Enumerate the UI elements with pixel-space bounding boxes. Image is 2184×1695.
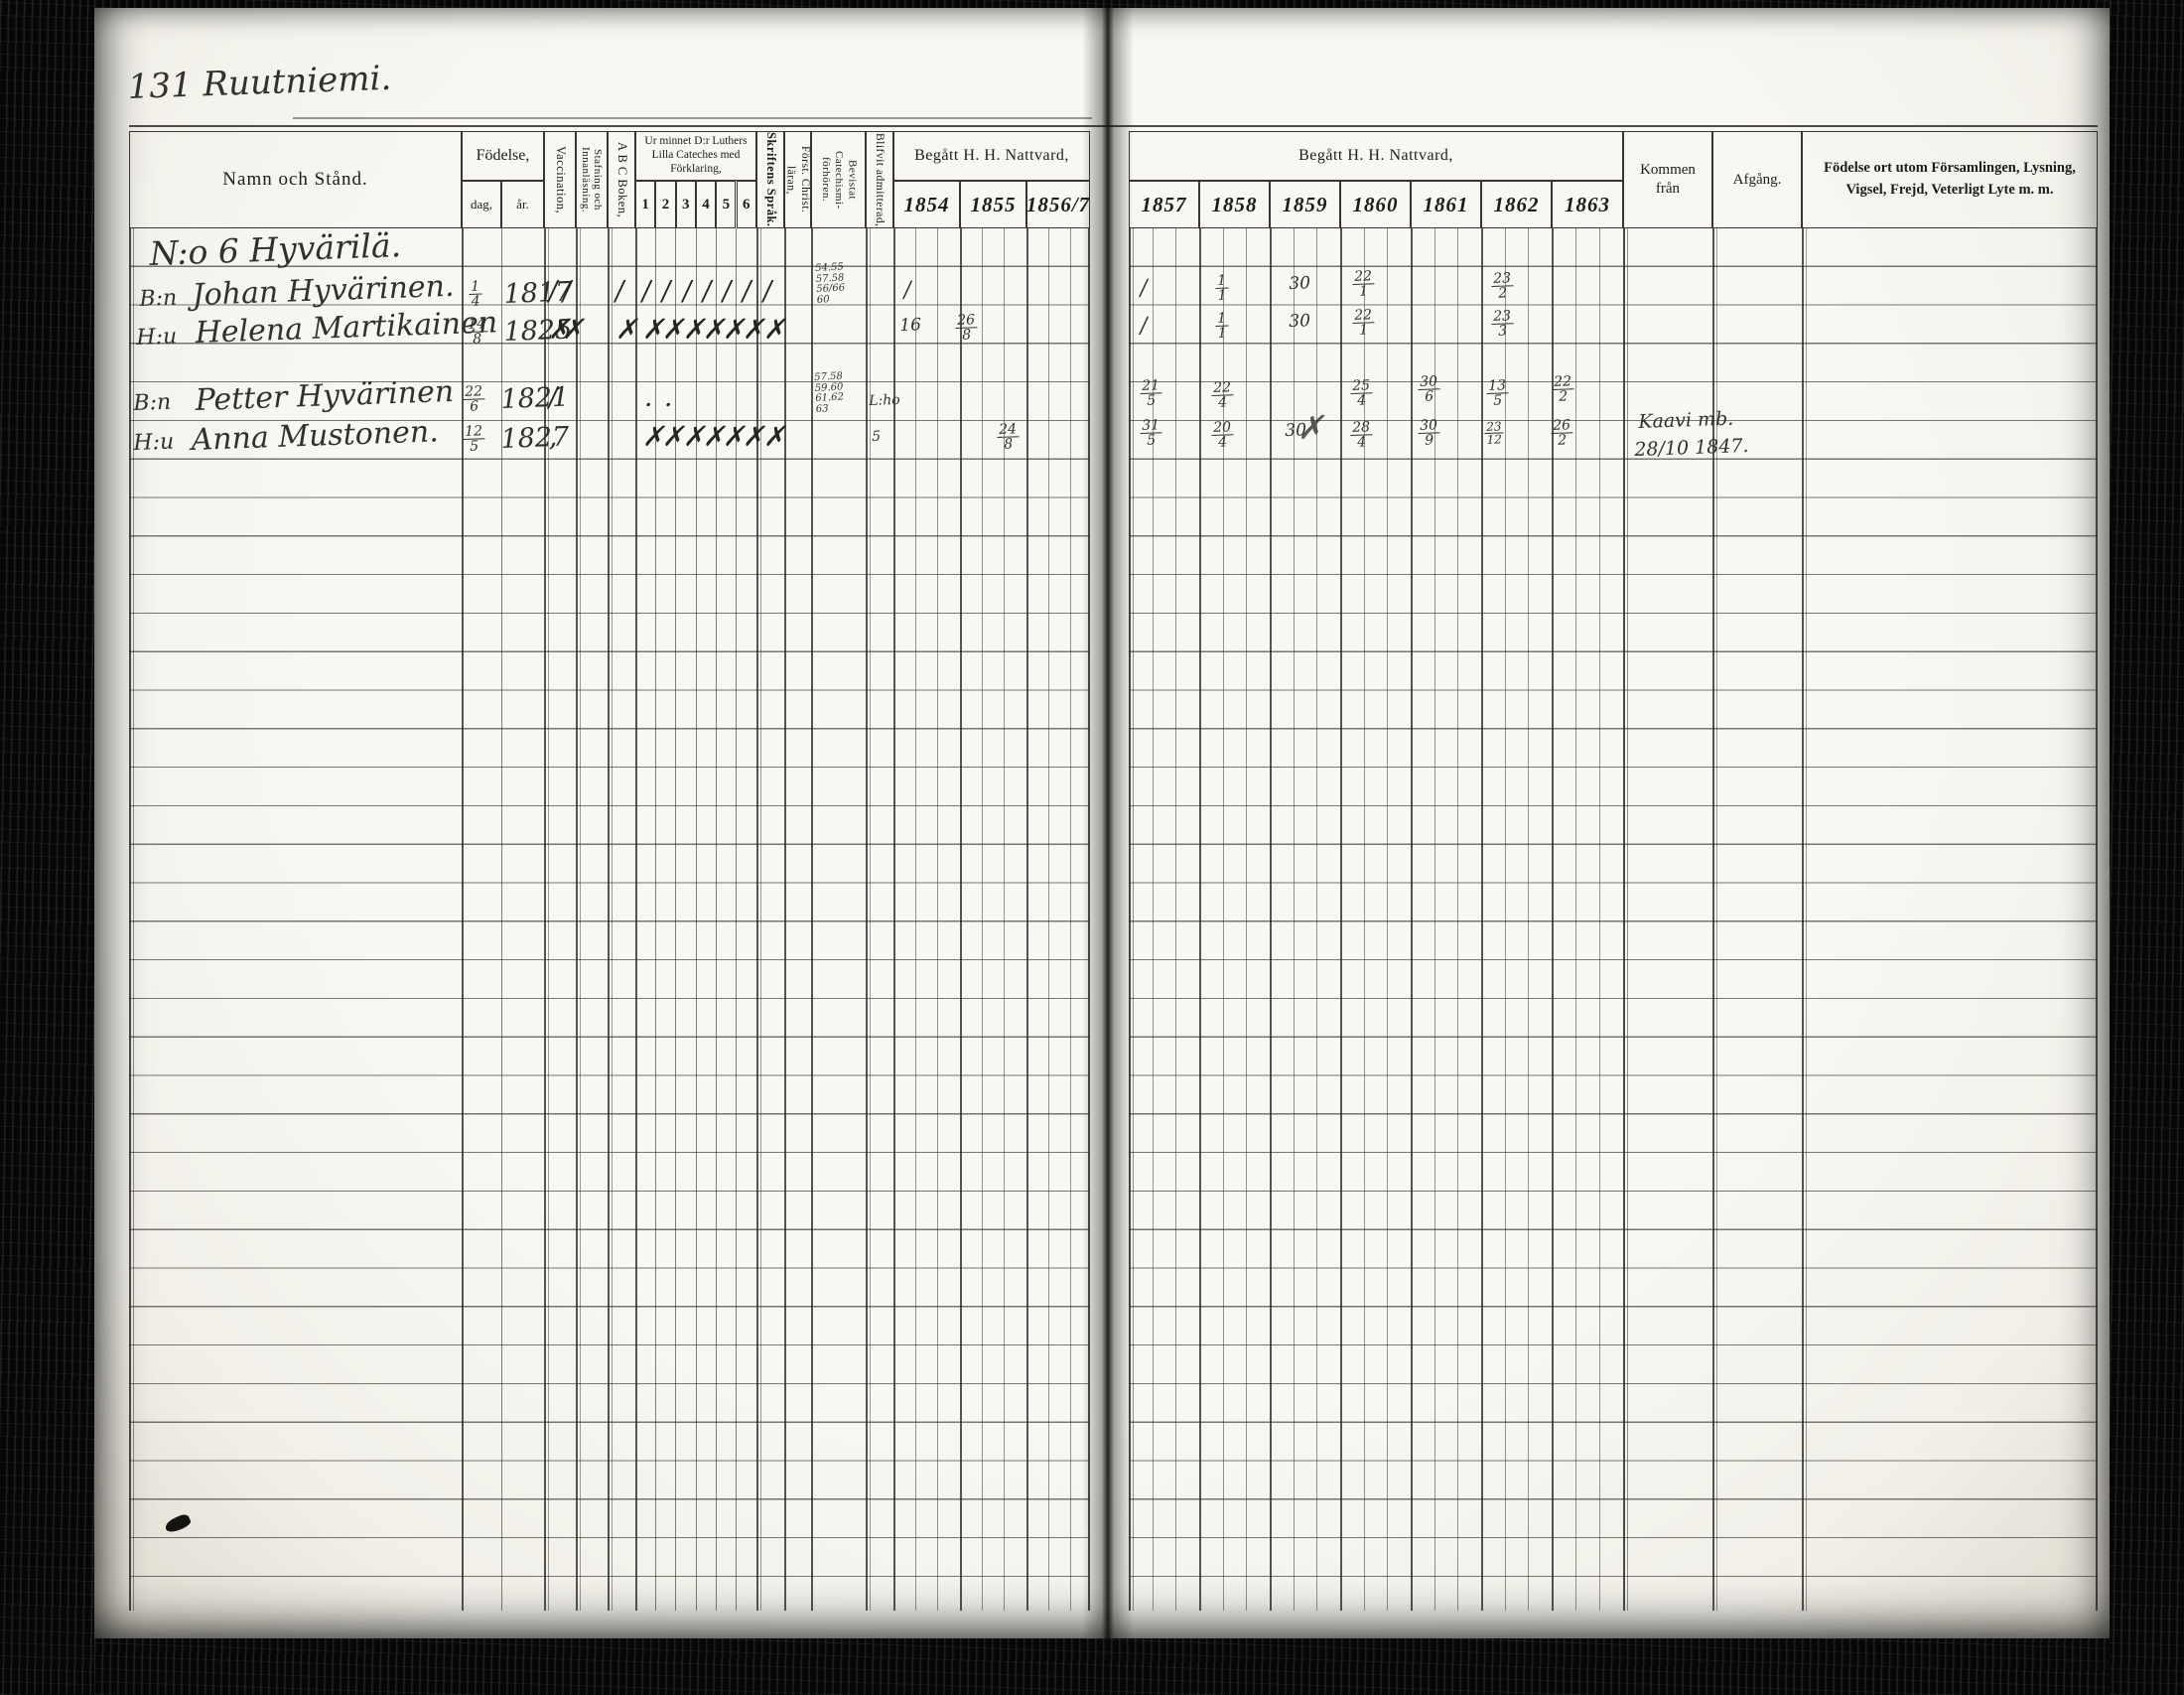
- vaccination-mark: /: [548, 276, 558, 307]
- col-header-year-1863: 1863: [1552, 181, 1623, 228]
- col-header-year-1858: 1858: [1199, 181, 1270, 228]
- col-header-skriftens-sprak: Skriftens Språk.: [756, 131, 784, 228]
- skrift-mark: ✗: [762, 314, 786, 346]
- communion-1857: 215: [1140, 378, 1162, 408]
- scan-noise-bottom: [94, 1638, 2110, 1695]
- col-header-nattvard-left: Begått H. H. Nattvard,: [893, 131, 1090, 181]
- abc-mark: /: [614, 276, 624, 307]
- grid-line: [960, 228, 962, 1611]
- scan-noise-right: [2110, 0, 2184, 1695]
- communion-1854: 16: [899, 315, 921, 336]
- col-header-cateches-2: 2: [655, 181, 675, 228]
- grid-line: [811, 228, 813, 1611]
- grid-line: [608, 228, 610, 1611]
- communion-1860: 284: [1350, 420, 1373, 450]
- col-header-blifvit-admitterad: Blifvit admitterad,: [866, 131, 893, 228]
- grid-line: [866, 228, 868, 1611]
- skrift-mark: ✗: [762, 421, 786, 453]
- grid-line: [1411, 228, 1413, 1611]
- col-header-cateches-4: 4: [696, 181, 716, 228]
- scan-noise-top: [94, 0, 2110, 8]
- birth-day: 125: [463, 424, 485, 454]
- communion-1861: 309: [1418, 418, 1440, 448]
- col-header-year-1862: 1862: [1481, 181, 1552, 228]
- row-prefix: H:u: [136, 325, 178, 351]
- birth-year: 1821: [500, 382, 570, 415]
- communion-1862: 232: [1491, 271, 1514, 301]
- grid-line: [1528, 228, 1529, 1611]
- communion-1857: /: [1140, 314, 1148, 339]
- col-header-namn: Namn och Stånd.: [129, 131, 462, 228]
- col-header-afgang: Afgång.: [1712, 131, 1802, 228]
- col-header-bevistat: Bevistat Catechismi- förhören.: [811, 131, 866, 228]
- communion-1857: 315: [1140, 418, 1162, 448]
- col-header-fodelse: Födelse,: [462, 131, 544, 181]
- birth-day: 14: [469, 280, 482, 309]
- communion-1859: 30: [1289, 311, 1310, 332]
- communion-1862: 2312: [1484, 420, 1504, 446]
- grid-line: [1199, 228, 1201, 1611]
- col-header-cateches-3: 3: [676, 181, 696, 228]
- communion-1858: 11: [1215, 274, 1229, 303]
- communion-1860: 254: [1350, 378, 1373, 408]
- grid-line: [1246, 228, 1247, 1611]
- communion-1861: 306: [1418, 374, 1440, 404]
- grid-line: [1340, 228, 1342, 1611]
- col-header-year-1857: 1857: [1129, 181, 1199, 228]
- col-header-ar: år.: [501, 181, 544, 228]
- admitterad-note: L:ho: [869, 392, 900, 409]
- col-header-year-1855: 1855: [960, 181, 1026, 228]
- grid-line: [893, 228, 895, 1611]
- cateches-mark: ✗: [742, 421, 765, 453]
- grid-line: [1048, 228, 1049, 1611]
- cateches-mark: .: [663, 382, 673, 413]
- cateches-mark: /: [722, 276, 732, 307]
- communion-1855: 248: [997, 422, 1020, 452]
- ink-flourish: ✗: [1297, 408, 1324, 447]
- communion-1863: 222: [1552, 374, 1574, 404]
- grid-line: [1481, 228, 1483, 1611]
- communion-1862: 135: [1486, 378, 1509, 408]
- communion-1858: 11: [1215, 312, 1229, 341]
- grid-line: [1175, 228, 1176, 1611]
- cateches-mark: /: [641, 276, 651, 307]
- bevistat-notes: 57.58 59.60 61.62 63: [814, 372, 845, 415]
- col-header-abc-boken: A B C Boken,: [608, 131, 635, 228]
- col-header-vaccination: Vaccination,: [544, 131, 576, 228]
- grid-line: [580, 228, 581, 1611]
- grid-line: [1505, 228, 1506, 1611]
- grid-line: [576, 228, 578, 1611]
- col-header-fodelseort: Födelse ort utom Församlingen, Lysning, …: [1802, 131, 2098, 228]
- col-header-year-1856-7: 1856/7: [1026, 181, 1090, 228]
- cateches-mark: .: [643, 382, 653, 413]
- col-header-cateches: Ur minnet D:r Luthers Lilla Cateches med…: [635, 131, 756, 181]
- cateches-mark: /: [682, 276, 692, 307]
- grid-line: [982, 228, 983, 1611]
- communion-1860: 221: [1352, 269, 1375, 299]
- grid-line: [1627, 228, 1628, 1611]
- communion-1858: 204: [1211, 420, 1234, 450]
- grid-line: [612, 228, 613, 1611]
- communion-1858: 224: [1211, 380, 1234, 410]
- grid-line: [1026, 228, 1028, 1611]
- grid-line: [915, 228, 916, 1611]
- grid-line: [129, 228, 131, 1611]
- col-header-year-1860: 1860: [1340, 181, 1411, 228]
- communion-1855: 268: [955, 313, 978, 343]
- grid-line: [1806, 228, 1807, 1611]
- col-header-stafning: Stafning och Innanläsning.: [576, 131, 608, 228]
- col-header-dag: dag,: [462, 181, 501, 228]
- row-prefix: B:n: [133, 390, 172, 416]
- grid-line: [1802, 228, 1804, 1611]
- birth-day: 148: [466, 317, 488, 347]
- cateches-mark: /: [661, 276, 671, 307]
- col-header-year-1854: 1854: [893, 181, 960, 228]
- communion-1859: 30: [1289, 273, 1310, 294]
- skrift-mark: /: [762, 276, 772, 307]
- communion-1857: /: [1140, 276, 1148, 301]
- cateches-mark: ✗: [661, 314, 685, 346]
- vaccination-mark: ✗: [561, 314, 585, 346]
- row-prefix: B:n: [139, 286, 178, 312]
- admitterad-note: 5: [872, 429, 881, 445]
- grid-line: [2096, 228, 2098, 1611]
- col-header-forst-christ: Först. Christ. läran,: [784, 131, 811, 228]
- cateches-mark: ✗: [742, 314, 765, 346]
- cateches-mark: /: [742, 276, 751, 307]
- col-header-kommen-fran: Kommen från: [1623, 131, 1712, 228]
- grid-line: [870, 228, 871, 1611]
- row-prefix: H:u: [133, 430, 175, 456]
- kommen-fran-note: 28/10 1847.: [1634, 435, 1749, 461]
- grid-line: [635, 228, 637, 1611]
- col-header-cateches-6: 6: [737, 181, 757, 228]
- scan-noise-left: [0, 0, 94, 1695]
- grid-line: [1599, 228, 1600, 1611]
- cateches-mark: /: [702, 276, 712, 307]
- grid-line: [1457, 228, 1458, 1611]
- bevistat-notes: 54.55 57.58 56/66 60: [815, 262, 846, 305]
- col-header-year-1859: 1859: [1270, 181, 1340, 228]
- title-underline: [293, 117, 1092, 119]
- kommen-fran-note: Kaavi mb.: [1638, 408, 1734, 433]
- col-header-year-1861: 1861: [1411, 181, 1481, 228]
- grid-line: [1575, 228, 1576, 1611]
- col-header-cateches-5: 5: [716, 181, 736, 228]
- grid-line: [1270, 228, 1272, 1611]
- birth-day: 226: [463, 384, 485, 414]
- vaccination-mark: /: [562, 276, 572, 307]
- cateches-mark: ✗: [661, 421, 685, 453]
- grid-line: [937, 228, 938, 1611]
- grid-line: [1387, 228, 1388, 1611]
- grid-line: [1070, 228, 1071, 1611]
- col-header-cateches-1: 1: [635, 181, 655, 228]
- scanned-book-spread: 131 Ruutniemi. Namn och Stånd. Födelse, …: [0, 0, 2184, 1695]
- ruled-grid-right-page: [1129, 228, 2098, 1611]
- birth-year: 1827: [500, 422, 570, 455]
- communion-1854: /: [903, 278, 911, 303]
- book-fold-gutter: [1082, 8, 1134, 1638]
- grid-line: [1623, 228, 1625, 1611]
- communion-1860: 221: [1352, 308, 1375, 338]
- vaccination-mark: ,: [548, 422, 558, 453]
- communion-1863: 262: [1551, 418, 1573, 448]
- abc-mark: ✗: [614, 314, 638, 346]
- vaccination-mark: /: [548, 382, 558, 413]
- communion-1862: 233: [1491, 309, 1514, 339]
- col-header-nattvard-right: Begått H. H. Nattvard,: [1129, 131, 1623, 181]
